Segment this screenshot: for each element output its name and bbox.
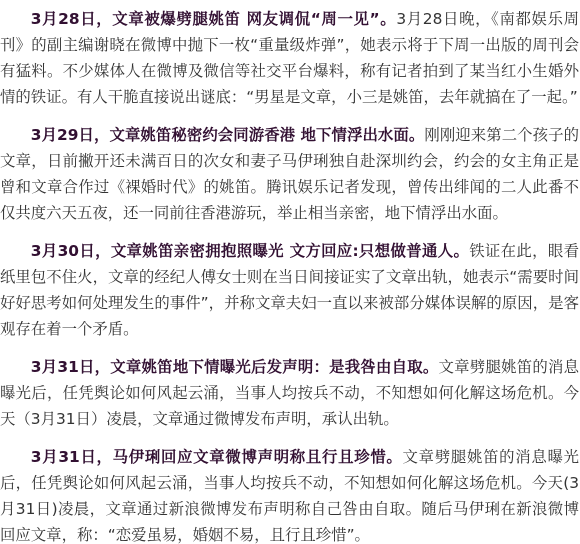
timeline-paragraph-march-30: 3月30日，文章姚笛亲密拥抱照曝光 文方回应:只想做普通人。铁证在此，眼看纸里包… [0, 238, 579, 342]
paragraph-lead: 3月28日，文章被爆劈腿姚笛 网友调侃“周一见”。 [31, 10, 397, 28]
paragraph-lead: 3月31日，文章姚笛地下情曝光后发声明：是我咎由自取。 [31, 358, 439, 376]
timeline-paragraph-march-31-reply: 3月31日，马伊琍回应文章微博声明称且行且珍惜。文章劈腿姚笛的消息曝光后，任凭舆… [0, 444, 579, 544]
timeline-paragraph-march-31-statement: 3月31日，文章姚笛地下情曝光后发声明：是我咎由自取。文章劈腿姚笛的消息曝光后，… [0, 354, 579, 432]
paragraph-lead: 3月30日，文章姚笛亲密拥抱照曝光 文方回应:只想做普通人。 [31, 242, 469, 260]
paragraph-lead: 3月29日，文章姚笛秘密约会同游香港 地下情浮出水面。 [31, 126, 425, 144]
timeline-paragraph-march-28: 3月28日，文章被爆劈腿姚笛 网友调侃“周一见”。3月28日晚，《南都娱乐周刊》… [0, 6, 579, 110]
timeline-paragraph-march-29: 3月29日，文章姚笛秘密约会同游香港 地下情浮出水面。刚刚迎来第二个孩子的文章，… [0, 122, 579, 226]
paragraph-lead: 3月31日，马伊琍回应文章微博声明称且行且珍惜。 [31, 448, 403, 466]
news-article-timeline: 3月28日，文章被爆劈腿姚笛 网友调侃“周一见”。3月28日晚，《南都娱乐周刊》… [0, 0, 580, 544]
